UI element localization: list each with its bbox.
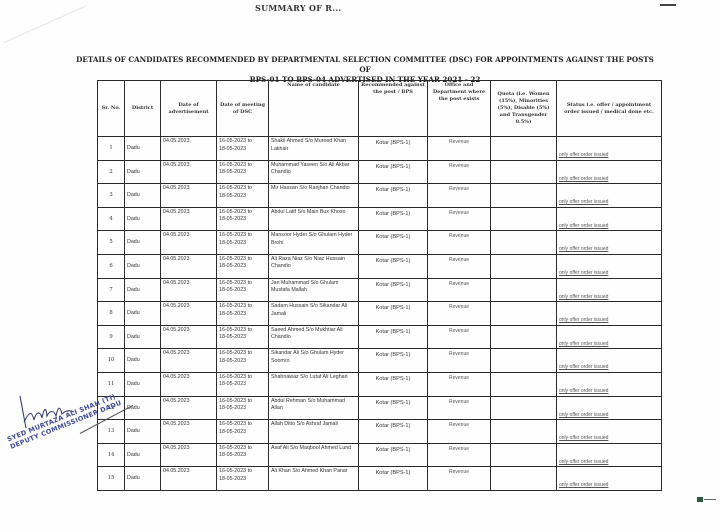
cell-status: only offer order issued — [557, 184, 662, 208]
dsc-date-to: 18-05-2023 — [219, 240, 266, 248]
table-row: 3Dadu04.05.202316-05-2023 to18-05-2023Mi… — [98, 184, 662, 208]
status-text: only offer order issued — [559, 412, 608, 418]
cell-status: only offer order issued — [557, 137, 662, 161]
table-row: 9Dadu04.05.202316-05-2023 to18-05-2023Sa… — [98, 325, 662, 349]
cell-date-advertisement: 04.05.2023 — [161, 231, 217, 255]
cell-candidate-name: Shahnawaz S/o Lutaf Ali Leghari — [269, 372, 359, 396]
cell-sr-no: 13 — [98, 420, 125, 444]
cell-date-advertisement: 04.05.2023 — [161, 160, 217, 184]
table-row: 1Dadu04.05.202316-05-2023 to18-05-2023Sh… — [98, 137, 662, 161]
status-text: only offer order issued — [559, 341, 608, 347]
cell-office: Revenue — [428, 278, 491, 302]
cell-date-dsc: 16-05-2023 to18-05-2023 — [217, 349, 269, 373]
cell-district: Dadu — [125, 184, 161, 208]
header-date-dsc: Date of meeting of DSC — [217, 81, 269, 137]
cell-date-dsc: 16-05-2023 to18-05-2023 — [217, 207, 269, 231]
status-text: only offer order issued — [559, 270, 608, 276]
table-row: 5Dadu04.05.202316-05-2023 to18-05-2023Ma… — [98, 231, 662, 255]
corner-mark-icon — [697, 497, 703, 502]
status-text: only offer order issued — [559, 199, 608, 205]
cell-status: only offer order issued — [557, 372, 662, 396]
cell-quota — [491, 184, 557, 208]
cell-candidate-name: Asaf Ali S/o Maqbool Ahmed Lund — [269, 443, 359, 467]
cell-quota — [491, 302, 557, 326]
cell-date-dsc: 16-05-2023 to18-05-2023 — [217, 254, 269, 278]
status-text: only offer order issued — [559, 152, 608, 158]
cell-candidate-name: Abdul Rehman S/o Muhammad Allan — [269, 396, 359, 420]
cell-recommended-post: Kotar (BPS-1) — [359, 467, 428, 491]
cell-sr-no: 15 — [98, 467, 125, 491]
cell-status: only offer order issued — [557, 254, 662, 278]
cell-date-dsc: 16-05-2023 to18-05-2023 — [217, 184, 269, 208]
cell-quota — [491, 254, 557, 278]
cell-candidate-name: Shakil Ahmed S/o Mureed Khan Lakhair — [269, 137, 359, 161]
status-text: only offer order issued — [559, 364, 608, 370]
cell-district: Dadu — [125, 420, 161, 444]
corner-mark-line — [704, 499, 716, 500]
cell-date-advertisement: 04.05.2023 — [161, 349, 217, 373]
dsc-date-to: 18-05-2023 — [219, 216, 266, 224]
cell-office: Revenue — [428, 420, 491, 444]
cell-date-advertisement: 04.05.2023 — [161, 467, 217, 491]
status-text: only offer order issued — [559, 459, 608, 465]
cell-recommended-post: Kotar (BPS-1) — [359, 254, 428, 278]
cell-office: Revenue — [428, 372, 491, 396]
cell-status: only offer order issued — [557, 467, 662, 491]
cell-sr-no: 2 — [98, 160, 125, 184]
cell-district: Dadu — [125, 254, 161, 278]
cell-date-advertisement: 04.05.2023 — [161, 302, 217, 326]
status-text: only offer order issued — [559, 246, 608, 252]
cell-status: only offer order issued — [557, 231, 662, 255]
cell-office: Revenue — [428, 349, 491, 373]
cell-date-advertisement: 04.05.2023 — [161, 420, 217, 444]
cell-office: Revenue — [428, 184, 491, 208]
table-row: 12Dadu04.05.202316-05-2023 to18-05-2023A… — [98, 396, 662, 420]
cell-date-advertisement: 04.05.2023 — [161, 184, 217, 208]
dsc-date-to: 18-05-2023 — [219, 405, 266, 413]
cell-status: only offer order issued — [557, 207, 662, 231]
cell-recommended-post: Kotar (BPS-1) — [359, 160, 428, 184]
cell-status: only offer order issued — [557, 302, 662, 326]
cell-status: only offer order issued — [557, 396, 662, 420]
cell-candidate-name: Ali Khan S/o Ahmed Khan Panar — [269, 467, 359, 491]
table-row: 2Dadu04.05.202316-05-2023 to18-05-2023Mu… — [98, 160, 662, 184]
cell-quota — [491, 396, 557, 420]
cell-candidate-name: Abdul Latif S/o Main Bux Khoso — [269, 207, 359, 231]
cell-date-dsc: 16-05-2023 to18-05-2023 — [217, 420, 269, 444]
status-text: only offer order issued — [559, 482, 608, 488]
cell-candidate-name: Sadam Hussain S/o Sikandar Ali Jamali — [269, 302, 359, 326]
cell-quota — [491, 325, 557, 349]
status-text: only offer order issued — [559, 223, 608, 229]
header-office-department: Office and Department where the post exi… — [428, 81, 491, 137]
cell-status: only offer order issued — [557, 349, 662, 373]
cell-sr-no: 10 — [98, 349, 125, 373]
cell-recommended-post: Kotar (BPS-1) — [359, 302, 428, 326]
cell-district: Dadu — [125, 396, 161, 420]
cell-date-dsc: 16-05-2023 to18-05-2023 — [217, 302, 269, 326]
cell-date-dsc: 16-05-2023 to18-05-2023 — [217, 160, 269, 184]
dsc-date-to: 18-05-2023 — [219, 476, 266, 484]
status-text: only offer order issued — [559, 435, 608, 441]
cell-date-advertisement: 04.05.2023 — [161, 137, 217, 161]
cell-candidate-name: Mir Hassan S/o Ranjhan Chandio — [269, 184, 359, 208]
cell-quota — [491, 160, 557, 184]
dsc-date-from: 16-05-2023 to — [219, 280, 266, 288]
cell-office: Revenue — [428, 467, 491, 491]
table-row: 10Dadu04.05.202316-05-2023 to18-05-2023S… — [98, 349, 662, 373]
dsc-date-from: 16-05-2023 to — [219, 303, 266, 311]
cell-recommended-post: Kotar (BPS-1) — [359, 325, 428, 349]
dsc-date-to: 18-05-2023 — [219, 287, 266, 295]
cell-status: only offer order issued — [557, 420, 662, 444]
cell-date-advertisement: 04.05.2023 — [161, 443, 217, 467]
cell-recommended-post: Kotar (BPS-1) — [359, 207, 428, 231]
table-row: 14Dadu04.05.202316-05-2023 to18-05-2023A… — [98, 443, 662, 467]
cell-candidate-name: Ali Raza Niaz S/o Niaz Hussain Chandio — [269, 254, 359, 278]
dsc-date-to: 18-05-2023 — [219, 146, 266, 154]
cell-district: Dadu — [125, 278, 161, 302]
cell-quota — [491, 207, 557, 231]
cell-district: Dadu — [125, 137, 161, 161]
cell-sr-no: 9 — [98, 325, 125, 349]
cell-date-dsc: 16-05-2023 to18-05-2023 — [217, 278, 269, 302]
cell-district: Dadu — [125, 302, 161, 326]
cell-office: Revenue — [428, 396, 491, 420]
paper-crease — [4, 5, 87, 43]
dsc-date-to: 18-05-2023 — [219, 169, 266, 177]
cell-sr-no: 5 — [98, 231, 125, 255]
cell-quota — [491, 231, 557, 255]
cell-date-dsc: 16-05-2023 to18-05-2023 — [217, 325, 269, 349]
cell-recommended-post: Kotar (BPS-1) — [359, 278, 428, 302]
cell-candidate-name: Jan Muhammad S/o Ghulam Mustafa Mallah — [269, 278, 359, 302]
dsc-date-from: 16-05-2023 to — [219, 398, 266, 406]
cell-sr-no: 8 — [98, 302, 125, 326]
dsc-date-to: 18-05-2023 — [219, 263, 266, 271]
cell-date-dsc: 16-05-2023 to18-05-2023 — [217, 137, 269, 161]
top-heading: SUMMARY OF R... — [255, 3, 342, 13]
table-row: 13Dadu04.05.202316-05-2023 to18-05-2023A… — [98, 420, 662, 444]
dsc-date-from: 16-05-2023 to — [219, 209, 266, 217]
dsc-date-from: 16-05-2023 to — [219, 185, 266, 193]
candidates-table: Sr. No. District Date of advertisement D… — [97, 80, 662, 491]
cell-status: only offer order issued — [557, 443, 662, 467]
cell-recommended-post: Kotar (BPS-1) — [359, 137, 428, 161]
header-quota: Quota (i.e. Women (15%), Minorities (5%)… — [491, 81, 557, 137]
cell-district: Dadu — [125, 325, 161, 349]
cell-district: Dadu — [125, 231, 161, 255]
cell-sr-no: 7 — [98, 278, 125, 302]
cell-date-advertisement: 04.05.2023 — [161, 278, 217, 302]
dsc-date-from: 16-05-2023 to — [219, 421, 266, 429]
cell-date-advertisement: 04.05.2023 — [161, 207, 217, 231]
dsc-date-to: 18-05-2023 — [219, 311, 266, 319]
dsc-date-to: 18-05-2023 — [219, 334, 266, 342]
dsc-date-from: 16-05-2023 to — [219, 445, 266, 453]
cell-recommended-post: Kotar (BPS-1) — [359, 231, 428, 255]
cell-recommended-post: Kotar (BPS-1) — [359, 420, 428, 444]
cell-date-dsc: 16-05-2023 to18-05-2023 — [217, 396, 269, 420]
cell-candidate-name: Sikandar Ali S/o Ghulam Hyder Soomro — [269, 349, 359, 373]
cell-sr-no: 4 — [98, 207, 125, 231]
dsc-date-from: 16-05-2023 to — [219, 232, 266, 240]
table-row: 4Dadu04.05.202316-05-2023 to18-05-2023Ab… — [98, 207, 662, 231]
cell-district: Dadu — [125, 467, 161, 491]
status-text: only offer order issued — [559, 388, 608, 394]
cell-quota — [491, 420, 557, 444]
cell-recommended-post: Kotar (BPS-1) — [359, 396, 428, 420]
cell-candidate-name: Mansoor Hyder S/o Ghulam Hyder Brohi — [269, 231, 359, 255]
cell-date-dsc: 16-05-2023 to18-05-2023 — [217, 443, 269, 467]
cell-date-dsc: 16-05-2023 to18-05-2023 — [217, 372, 269, 396]
dsc-date-from: 16-05-2023 to — [219, 162, 266, 170]
cell-date-advertisement: 04.05.2023 — [161, 254, 217, 278]
cell-date-dsc: 16-05-2023 to18-05-2023 — [217, 231, 269, 255]
cell-recommended-post: Kotar (BPS-1) — [359, 372, 428, 396]
cell-sr-no: 1 — [98, 137, 125, 161]
dsc-date-to: 18-05-2023 — [219, 193, 266, 201]
cell-quota — [491, 443, 557, 467]
table-row: 8Dadu04.05.202316-05-2023 to18-05-2023Sa… — [98, 302, 662, 326]
table-row: 6Dadu04.05.202316-05-2023 to18-05-2023Al… — [98, 254, 662, 278]
status-text: only offer order issued — [559, 317, 608, 323]
header-sr-no: Sr. No. — [98, 81, 125, 137]
cell-office: Revenue — [428, 443, 491, 467]
cell-quota — [491, 349, 557, 373]
header-candidate-name: Name of candidate — [269, 81, 359, 137]
table-row: 7Dadu04.05.202316-05-2023 to18-05-2023Ja… — [98, 278, 662, 302]
cell-date-advertisement: 04.05.2023 — [161, 325, 217, 349]
dsc-date-from: 16-05-2023 to — [219, 468, 266, 476]
table-row: 11Dadu04.05.202316-05-2023 to18-05-2023S… — [98, 372, 662, 396]
cell-status: only offer order issued — [557, 278, 662, 302]
cell-quota — [491, 372, 557, 396]
cell-office: Revenue — [428, 160, 491, 184]
cell-status: only offer order issued — [557, 325, 662, 349]
dsc-date-from: 16-05-2023 to — [219, 138, 266, 146]
dsc-date-to: 18-05-2023 — [219, 452, 266, 460]
status-text: only offer order issued — [559, 176, 608, 182]
cell-district: Dadu — [125, 160, 161, 184]
cell-office: Revenue — [428, 254, 491, 278]
cell-recommended-post: Kotar (BPS-1) — [359, 443, 428, 467]
table-header-row: Sr. No. District Date of advertisement D… — [98, 81, 662, 137]
header-date-advertisement: Date of advertisement — [161, 81, 217, 137]
dsc-date-to: 18-05-2023 — [219, 381, 266, 389]
cell-office: Revenue — [428, 207, 491, 231]
cell-district: Dadu — [125, 349, 161, 373]
cell-quota — [491, 137, 557, 161]
dsc-date-from: 16-05-2023 to — [219, 350, 266, 358]
cell-candidate-name: Saeed Ahmed S/o Mukhtiar Ali Chandio — [269, 325, 359, 349]
cell-district: Dadu — [125, 207, 161, 231]
cell-candidate-name: Allah Ditto S/o Ashraf Jamali — [269, 420, 359, 444]
cell-sr-no: 3 — [98, 184, 125, 208]
header-status: Status i.e. offer / appointment order is… — [557, 81, 662, 137]
title-line-1: DETAILS OF CANDIDATES RECOMMENDED BY DEP… — [70, 55, 660, 75]
table-row: 15Dadu04.05.202316-05-2023 to18-05-2023A… — [98, 467, 662, 491]
scanned-document-page: SUMMARY OF R... DETAILS OF CANDIDATES RE… — [0, 0, 720, 530]
cell-quota — [491, 278, 557, 302]
cell-date-dsc: 16-05-2023 to18-05-2023 — [217, 467, 269, 491]
cell-date-advertisement: 04.05.2023 — [161, 372, 217, 396]
dsc-date-from: 16-05-2023 to — [219, 327, 266, 335]
cell-district: Dadu — [125, 443, 161, 467]
cell-office: Revenue — [428, 302, 491, 326]
dsc-date-to: 18-05-2023 — [219, 429, 266, 437]
cell-recommended-post: Kotar (BPS-1) — [359, 184, 428, 208]
cell-office: Revenue — [428, 325, 491, 349]
margin-mark — [660, 4, 676, 6]
cell-quota — [491, 467, 557, 491]
dsc-date-to: 18-05-2023 — [219, 358, 266, 366]
dsc-date-from: 16-05-2023 to — [219, 256, 266, 264]
dsc-date-from: 16-05-2023 to — [219, 374, 266, 382]
header-recommended-post: Recommended against the post / BPS — [359, 81, 428, 137]
cell-recommended-post: Kotar (BPS-1) — [359, 349, 428, 373]
status-text: only offer order issued — [559, 294, 608, 300]
header-district: District — [125, 81, 161, 137]
cell-sr-no: 6 — [98, 254, 125, 278]
cell-candidate-name: Muhammad Yaseen S/o Ali Akbar Chandio — [269, 160, 359, 184]
cell-district: Dadu — [125, 372, 161, 396]
cell-status: only offer order issued — [557, 160, 662, 184]
cell-office: Revenue — [428, 137, 491, 161]
cell-date-advertisement: 04.05.2023 — [161, 396, 217, 420]
cell-office: Revenue — [428, 231, 491, 255]
cell-sr-no: 14 — [98, 443, 125, 467]
